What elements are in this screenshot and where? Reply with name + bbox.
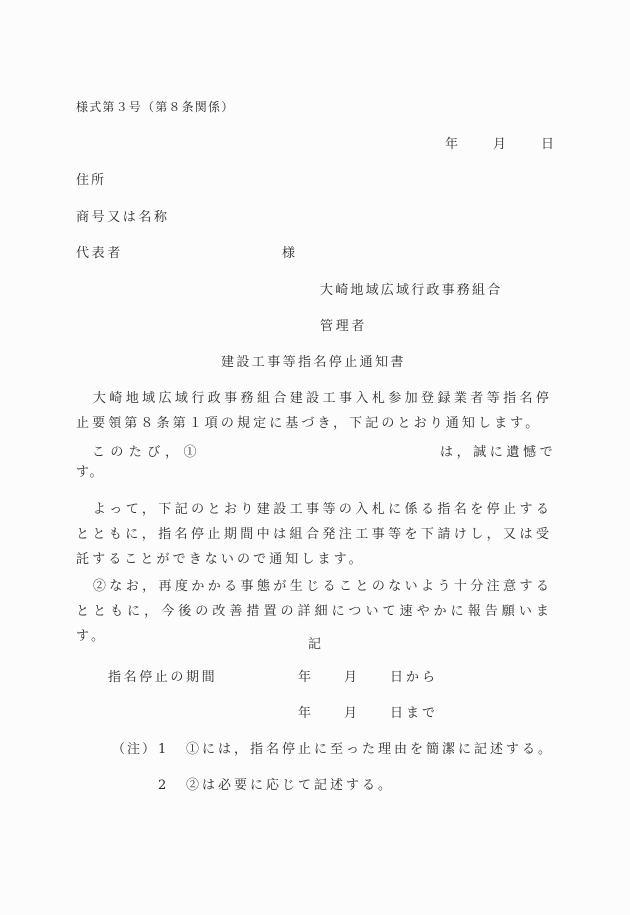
representative-label: 代表者 [76,246,123,262]
note-text-2: ②は必要に応じて記述する。 [186,778,394,794]
paragraph-regret-end: は，誠に遺憾で [440,445,556,461]
honorific: 様 [282,246,297,262]
record-heading: 記 [308,637,323,653]
address-label: 住所 [76,173,106,189]
note-number-2: 2 [158,778,168,794]
period-label: 指名停止の期間 [108,670,217,686]
from-month-label: 月 [344,670,359,686]
date-year-label: 年 [445,137,460,153]
from-year-label: 年 [298,670,313,686]
paragraph-basis: 大崎地域広域行政事務組合建設工事入札参加登録業者等指名停止要領第８条第１項の規定… [76,386,552,436]
paragraph-suspension: よって，下記のとおり建設工事等の入札に係る指名を停止するとともに，指名停止期間中… [76,497,552,572]
sender-title: 管理者 [320,319,367,335]
sender-organization: 大崎地域広域行政事務組合 [320,283,502,299]
to-month-label: 月 [344,706,359,722]
from-day-label: 日から [390,670,438,686]
company-name-label: 商号又は名称 [76,210,170,226]
notes-label: （注） [112,742,157,758]
to-day-label: 日まで [390,706,438,722]
form-number: 様式第３号（第８条関係） [76,99,234,115]
date-month-label: 月 [493,137,508,153]
date-day-label: 日 [541,137,556,153]
document-title: 建設工事等指名停止通知書 [221,355,406,371]
paragraph-regret-cont: す。 [76,465,104,481]
note-text-1: ①には，指名停止に至った理由を簡潔に記述する。 [186,742,554,758]
paragraph-regret-start: このたび，① [92,445,202,461]
note-number-1: 1 [158,742,168,758]
to-year-label: 年 [298,706,313,722]
